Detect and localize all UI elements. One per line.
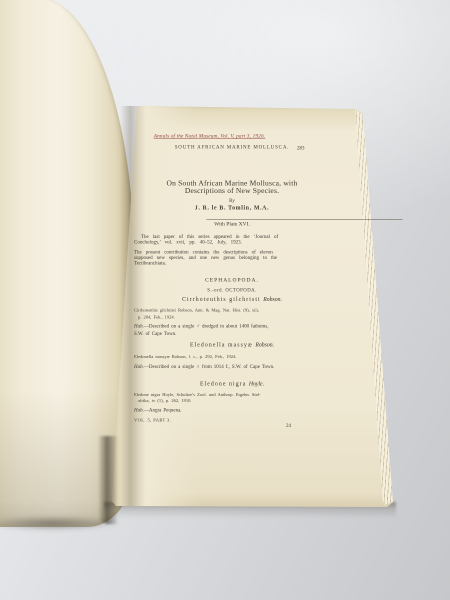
species-citation: Eledonella massyæ Robson, l. c., p. 292,… [134,354,334,359]
page-text: Annals of the Natal Museum, Vol. V, part… [134,0,330,450]
species-habitat: Hab.—Described on a single ♀ from 1014 f… [134,364,330,370]
species-heading: Cirrhoteuthis gilchristiRobson. [134,297,330,303]
plate-note: With Plate XVI. [134,221,330,227]
sheet-number: 24 [286,423,450,429]
intro-paragraph-2: The present contribution contains the de… [134,250,330,267]
species-name: Eledone nigra [200,381,246,387]
article-title-line2: Descriptions of New Species. [134,187,330,196]
intro-paragraph-1: The last paper of this series appeared i… [134,234,330,245]
habitat-label: Hab. [134,324,144,330]
author-name: J. R. le B. Tomlin, M.A. [134,205,330,211]
species-heading: Eledone nigraHoyle. [134,381,330,387]
species-authority: Robson. [263,297,282,303]
habitat-label: Hab. [134,408,144,414]
species-authority: Robson. [255,342,274,348]
species-authority: Hoyle. [249,381,264,387]
species-citation: Eledone nigra Hoyle, Schultze’s Zool. un… [134,392,334,404]
species-citation: Cirrhoteuthis gilchristi Robson, Ann. & … [134,307,334,321]
species-habitat: Hab.—Angra Pequena. [134,408,330,414]
species-heading: Eledonella massyæRobson. [134,342,330,348]
habitat-text: —Described on a single ♀ from 1014 f., S… [144,364,275,370]
habitat-text: —Angra Pequena. [144,408,182,414]
habitat-label: Hab. [134,364,144,370]
species-name: Cirrhoteuthis gilchristi [182,297,261,303]
spine-shadow [98,436,118,524]
separator-rule [207,219,403,220]
byline: By [134,198,330,204]
section-subheading-octopoda: S.-ord. OCTOPODA. [134,288,330,293]
volume-signature: VOL. 5, PART 3. [134,418,330,423]
section-heading-cephalopoda: CEPHALOPODA. [134,277,330,283]
species-habitat: Hab.—Described on a single ♂ dredged in … [134,323,330,338]
book-photograph: Annals of the Natal Museum, Vol. V, part… [0,0,450,600]
species-name: Eledonella massyæ [190,342,253,348]
page-number: 283 [297,146,450,152]
journal-header: Annals of the Natal Museum, Vol. V, part… [112,134,308,140]
habitat-text: —Described on a single ♂ dredged in abou… [134,324,269,337]
